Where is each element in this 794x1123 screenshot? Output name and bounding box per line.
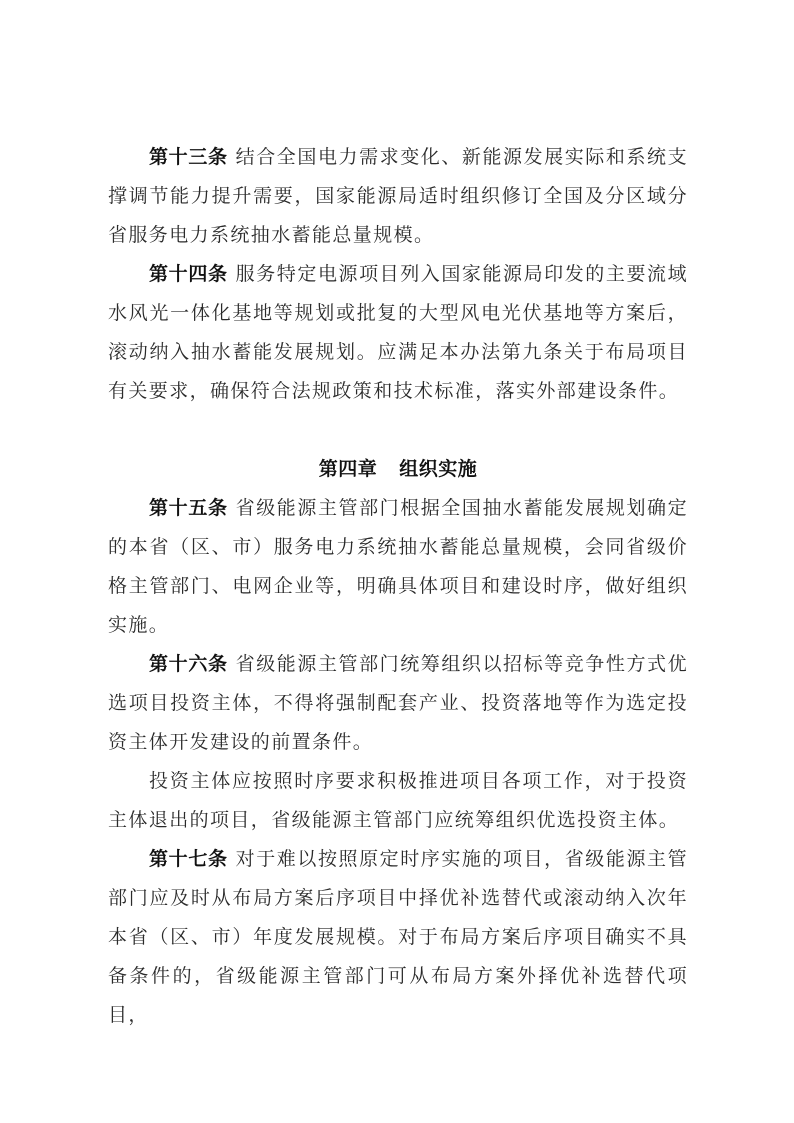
article-16-paragraph-2: 投资主体应按照时序要求积极推进项目各项工作，对于投资主体退出的项目，省级能源主管… bbox=[108, 762, 688, 840]
article-label: 第十四条 bbox=[149, 263, 228, 285]
article-text-line: 对于难以按照原定时序实施的项目，省级能源主管 bbox=[236, 848, 688, 870]
article-text-line: 结合全国电力需求变化、新能源发展实际和系统支 bbox=[236, 146, 688, 168]
article-text-line: 水风光一体化基地等规划或批复的大型风电光伏基地等方案后， bbox=[108, 302, 688, 324]
chapter-heading: 第四章组织实施 bbox=[108, 450, 688, 489]
article-text-line: 格主管部门、电网企业等，明确具体项目和建设时序，做好组织 bbox=[108, 575, 688, 597]
chapter-title: 组织实施 bbox=[399, 458, 477, 480]
article-label: 第十五条 bbox=[149, 497, 228, 519]
article-text-line: 资主体开发建设的前置条件。 bbox=[108, 731, 373, 753]
article-text-line: 实施。 bbox=[108, 614, 169, 636]
article-text-line: 撑调节能力提升需要，国家能源局适时组织修订全国及分区域分 bbox=[108, 185, 688, 207]
article-17: 第十七条对于难以按照原定时序实施的项目，省级能源主管部门应及时从布局方案后序项目… bbox=[108, 840, 688, 1035]
article-label: 第十三条 bbox=[149, 146, 228, 168]
article-text-line: 服务特定电源项目列入国家能源局印发的主要流域 bbox=[236, 263, 688, 285]
article-text-line: 省级能源主管部门统筹组织以招标等竞争性方式优 bbox=[236, 653, 688, 675]
article-text-line: 省服务电力系统抽水蓄能总量规模。 bbox=[108, 224, 434, 246]
article-label: 第十六条 bbox=[149, 653, 228, 675]
article-15: 第十五条省级能源主管部门根据全国抽水蓄能发展规划确定的本省（区、市）服务电力系统… bbox=[108, 489, 688, 645]
article-13: 第十三条结合全国电力需求变化、新能源发展实际和系统支撑调节能力提升需要，国家能源… bbox=[108, 138, 688, 255]
document-page: 第十三条结合全国电力需求变化、新能源发展实际和系统支撑调节能力提升需要，国家能源… bbox=[0, 0, 794, 1123]
article-text-line: 本省（区、市）年度发展规模。对于布局方案后序项目确实不具 bbox=[108, 926, 688, 948]
article-text-line: 主体退出的项目，省级能源主管部门应统筹组织优选投资主体。 bbox=[108, 809, 679, 831]
article-label: 第十七条 bbox=[149, 848, 228, 870]
article-text-line: 备条件的，省级能源主管部门可从布局方案外择优补选替代项目， bbox=[108, 965, 688, 1026]
article-text-line: 投资主体应按照时序要求积极推进项目各项工作，对于投资 bbox=[149, 770, 688, 792]
article-text-line: 部门应及时从布局方案后序项目中择优补选替代或滚动纳入次年 bbox=[108, 887, 688, 909]
article-text-line: 省级能源主管部门根据全国抽水蓄能发展规划确定 bbox=[236, 497, 688, 519]
article-text-line: 有关要求，确保符合法规政策和技术标准，落实外部建设条件。 bbox=[108, 380, 679, 402]
article-14: 第十四条服务特定电源项目列入国家能源局印发的主要流域水风光一体化基地等规划或批复… bbox=[108, 255, 688, 411]
article-text-line: 的本省（区、市）服务电力系统抽水蓄能总量规模，会同省级价 bbox=[108, 536, 688, 558]
chapter-number: 第四章 bbox=[319, 458, 378, 480]
document-body: 第十三条结合全国电力需求变化、新能源发展实际和系统支撑调节能力提升需要，国家能源… bbox=[108, 138, 688, 1035]
article-text-line: 滚动纳入抽水蓄能发展规划。应满足本办法第九条关于布局项目 bbox=[108, 341, 688, 363]
article-text-line: 选项目投资主体，不得将强制配套产业、投资落地等作为选定投 bbox=[108, 692, 688, 714]
article-16: 第十六条省级能源主管部门统筹组织以招标等竞争性方式优选项目投资主体，不得将强制配… bbox=[108, 645, 688, 762]
